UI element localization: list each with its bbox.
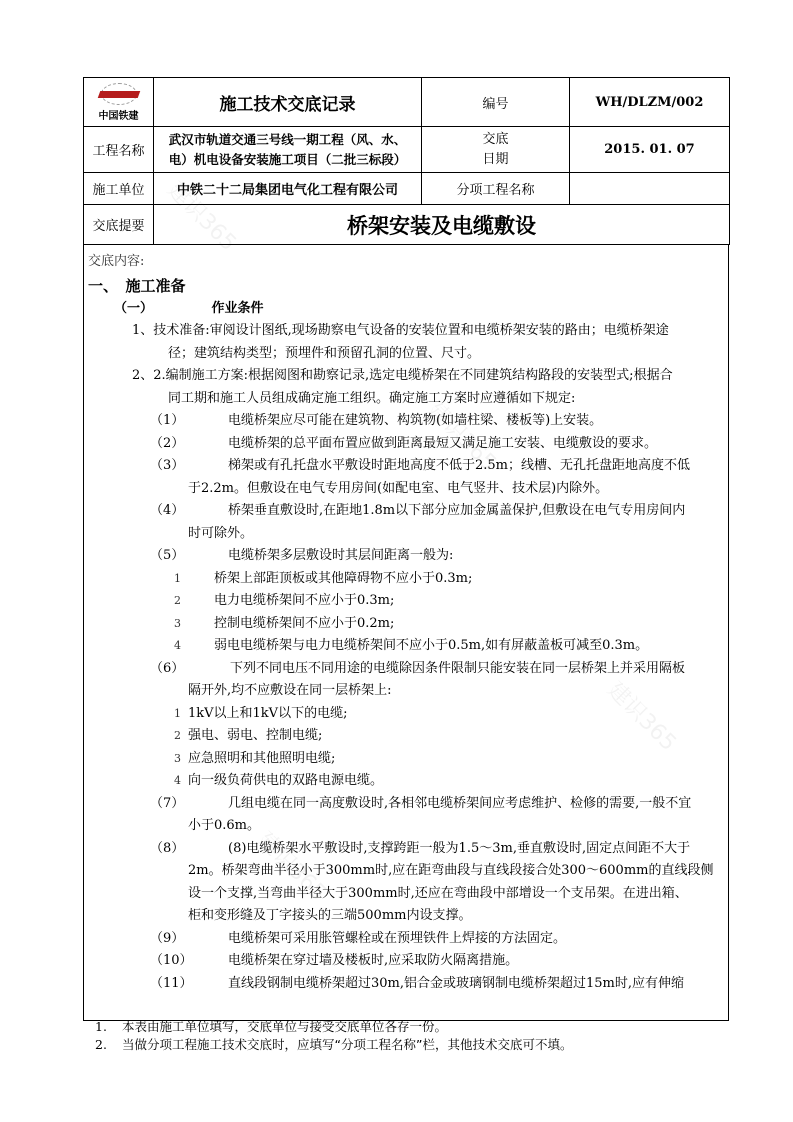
rule-text: 梯架或有孔托盘水平敷设时距地高度不低于2.5m；线槽、无孔托盘距地高度不低: [228, 458, 690, 473]
item-2: 2、2.编制施工方案:根据阅图和勘察记录,选定电缆桥架在不同建筑结构路段的安装型…: [88, 365, 724, 388]
date-value: 2015. 01. 07: [570, 127, 730, 173]
rule-cont: 隔开外,均不应敷设在同一层桥架上:: [88, 680, 724, 703]
circled-num: 3: [174, 748, 188, 771]
circled-num: 4: [174, 635, 214, 658]
document-page: 中国铁建 施工技术交底记录 编号 WH/DLZM/002 工程名称 武汉市轨道交…: [83, 77, 729, 1021]
unit-label: 施工单位: [84, 173, 154, 205]
rule-num: （7）: [150, 793, 228, 816]
rule-text: 电缆桥架的总平面布置应做到距离最短又满足施工安装、电缆敷设的要求。: [228, 436, 657, 451]
rule-cont: 于2.2m。但敷设在电气专用房间(如配电室、电气竖井、技术层)内除外。: [88, 478, 724, 501]
note-num: 1.: [95, 1018, 122, 1036]
rule-num: （5）: [150, 545, 228, 568]
note-num: 2.: [95, 1036, 122, 1054]
logo-text: 中国铁建: [99, 107, 139, 122]
rule-num: （11）: [150, 973, 228, 996]
subitem-value: [570, 173, 730, 205]
circled-num: 1: [174, 568, 214, 591]
rule-num: （10）: [150, 950, 228, 973]
rule-cont: 小于0.6m。: [88, 815, 724, 838]
logo-cell: 中国铁建: [84, 78, 154, 127]
rule-num: （1）: [150, 410, 228, 433]
form-title: 施工技术交底记录: [154, 78, 422, 127]
header-table: 中国铁建 施工技术交底记录 编号 WH/DLZM/002 工程名称 武汉市轨道交…: [83, 77, 730, 245]
crcc-logo-icon: [97, 83, 141, 105]
project-name-line2: 电）机电设备安装施工项目（二批三标段）: [154, 150, 421, 170]
item-1: 1、技术准备:审阅设计图纸,现场勘察电气设备的安装位置和电缆桥架安装的路由；电缆…: [88, 320, 724, 343]
rule-num: （6）: [150, 658, 230, 681]
circled-num: 2: [174, 590, 214, 613]
rule-num: （3）: [150, 455, 228, 478]
sub-text: 应急照明和其他照明电缆;: [188, 751, 335, 766]
rule-num: （8）: [150, 838, 228, 861]
rule-text: 直线段钢制电缆桥架超过30m,铝合金或玻璃钢制电缆桥架超过15m时,应有伸缩: [228, 976, 684, 991]
rule-text: 电缆桥架在穿过墙及楼板时,应采取防火隔离措施。: [228, 953, 518, 968]
sub-text: 向一级负荷供电的双路电源电缆。: [188, 773, 383, 788]
subitem-label: 分项工程名称: [422, 173, 570, 205]
sub-text: 控制电缆桥架间不应小于0.2m;: [214, 616, 394, 631]
sub-text: 弱电电缆桥架与电力电缆桥架间不应小于0.5m,如有屏蔽盖板可减至0.3m。: [214, 638, 648, 653]
rule-cont: 2m。桥架弯曲半径小于300mm时,应在距弯曲段与直线段接合处300～600mm…: [88, 860, 724, 883]
note-text: 本表由施工单位填写，交底单位与接受交底单位各存一份。: [122, 1019, 447, 1034]
note-text: 当做分项工程施工技术交底时，应填写“分项工程名称”栏，其他技术交底可不填。: [122, 1037, 572, 1052]
rule-text: 电缆桥架多层敷设时其层间距离一般为:: [228, 548, 453, 563]
summary-label: 交底提要: [84, 205, 154, 245]
sub-text: 强电、弱电、控制电缆;: [188, 728, 322, 743]
sub-text: 桥架上部距顶板或其他障碍物不应小于0.3m;: [214, 571, 472, 586]
rule-text: 电缆桥架应尽可能在建筑物、构筑物(如墙柱梁、楼板等)上安装。: [228, 413, 602, 428]
rule-cont: 柜和变形缝及丁字接头的三端500mm内设支撑。: [88, 905, 724, 928]
number-value: WH/DLZM/002: [570, 78, 730, 127]
number-label: 编号: [422, 78, 570, 127]
rule-cont: 时可除外。: [88, 523, 724, 546]
project-name-line1: 武汉市轨道交通三号线一期工程（风、水、: [154, 130, 421, 150]
unit-value: 中铁二十二局集团电气化工程有限公司: [154, 173, 422, 205]
rule-text: 下列不同电压不同用途的电缆除因条件限制只能安装在同一层桥架上并采用隔板: [230, 661, 685, 676]
rule-text: (8)电缆桥架水平敷设时,支撑跨距一般为1.5～3m,垂直敷设时,固定点间距不大…: [228, 841, 690, 856]
circled-num: 2: [174, 725, 188, 748]
circled-num: 1: [174, 703, 188, 726]
sub-text: 电力电缆桥架间不应小于0.3m;: [214, 593, 394, 608]
section-heading: 一、 施工准备: [88, 274, 724, 298]
circled-num: 4: [174, 770, 188, 793]
summary-value: 桥架安装及电缆敷设: [154, 205, 730, 245]
rule-text: 几组电缆在同一高度敷设时,各相邻电缆桥架间应考虑维护、检修的需要,一般不宜: [228, 796, 691, 811]
date-label-line1: 交底: [422, 130, 569, 150]
sub-text: 1kV以上和1kV以下的电缆;: [188, 706, 347, 721]
item-2-cont: 同工期和施工人员组成确定施工组织。确定施工方案时应遵循如下规定:: [88, 388, 724, 411]
project-label: 工程名称: [84, 127, 154, 173]
date-label-line2: 日期: [422, 150, 569, 170]
item-1-cont: 径；建筑结构类型；预埋件和预留孔洞的位置、尺寸。: [88, 343, 724, 366]
content-box: 交底内容: 一、 施工准备 （一） 作业条件 1、技术准备:审阅设计图纸,现场勘…: [83, 245, 729, 1021]
rule-text: 电缆桥架可采用胀管螺栓或在预埋铁件上焊接的方法固定。: [228, 931, 566, 946]
circled-num: 3: [174, 613, 214, 636]
content-intro: 交底内容:: [88, 251, 724, 274]
footer-notes: 1.本表由施工单位填写，交底单位与接受交底单位各存一份。 2.当做分项工程施工技…: [95, 1018, 572, 1054]
rule-num: （2）: [150, 433, 228, 456]
rule-num: （4）: [150, 500, 228, 523]
subsection-heading: （一） 作业条件: [88, 298, 724, 321]
rule-text: 桥架垂直敷设时,在距地1.8m以下部分应加金属盖保护,但敷设在电气专用房间内: [228, 503, 685, 518]
rule-cont: 设一个支撑,当弯曲半径大于300mm时,还应在弯曲段中部增设一个支吊架。在进出箱…: [88, 883, 724, 906]
rule-num: （9）: [150, 928, 228, 951]
